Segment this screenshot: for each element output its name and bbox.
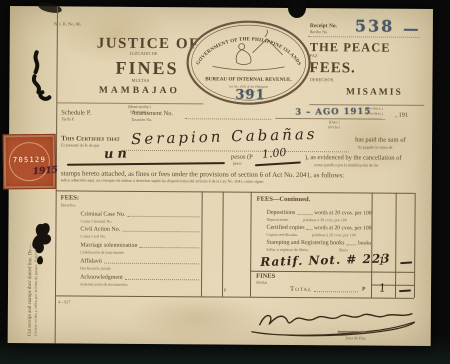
dotted-leader [314,291,358,292]
assessment-line [185,117,271,120]
province-value: MISAMIS [324,87,424,98]
receipt-paper: 705129 1915 Cut receipt and stamps thro'… [8,6,433,346]
seal-arc-text: GOVERNMENT OF THE PHILIPPINE ISLANDS [196,37,302,67]
signature-label-es: Juez de Paz. [346,335,367,340]
fees-row-acknowledgment: Acknowledgment [80,274,201,281]
amount-figures-stroke [255,161,301,165]
fees-row-stamping: Stamping and Registering booksbooks [266,240,371,247]
dotted-leader [104,263,199,265]
dotted-leader [139,247,199,248]
fees-header: FEES: [61,194,79,201]
payer-name-line [121,149,349,153]
dotted-leader [127,216,199,218]
fees-row-label: Depositions [267,210,296,216]
fees-row-label: Criminal Case No. [81,211,126,217]
evidenced-label-es: como justifica por la inutilización de l… [314,163,378,168]
pesos-label-es: pesos [233,162,242,167]
total-row: Total [290,285,360,293]
dotted-leader [297,214,312,215]
payer-name: Serapion Cabañas [131,125,318,148]
dotted-leader [122,231,199,233]
table-divider-rule [250,192,252,297]
fees-peso-mark: P [224,288,227,293]
seal-bureau-text: BUREAU OF INTERNAL REVENUE. [205,76,292,83]
total-pesos: 1 [378,281,387,295]
table-top-rule [56,190,415,194]
receipt-no-label-es: Recibo No. [310,30,328,35]
receipt-number-dash [404,29,418,31]
photo-background: 705129 1915 Cut receipt and stamps thro'… [0,0,450,364]
fees-row-es: Copias certificadas. [266,232,298,237]
title-juzgado-de: JUZGADO DE [130,52,158,57]
title-fees: FEES. [310,60,356,77]
title-fines: FINES [115,58,178,79]
fees-row-es: Deposiciones. [266,217,289,222]
ink-scribble [22,48,54,110]
revenue-stamp-serial: 705129 [4,155,55,165]
fees-header-es: Derechos [61,202,76,207]
amount-words: un [104,146,131,162]
stamped-number: 391 [235,88,265,103]
title-multas: MULTAS [131,79,149,84]
handwritten-entry-pesos: 1 [378,255,385,268]
total-centavos-stroke [399,289,411,291]
fees-row-marriage-es: Celebración de matrimonio [80,249,124,254]
fees-row-rate: books [358,240,371,246]
fees-row-rate: words at 20 cvos. per 100 [314,210,372,216]
fees-row-stamping-es: Sellar y registrar de libros.libros [266,247,348,253]
print-code: 4—927 [58,299,71,304]
date-stamp: 3 – AGO 1915 [295,107,371,118]
total-currency: P [362,286,365,292]
handwritten-entry-centavos-stroke [400,261,412,263]
signature-label: Justice of the Peace. [338,329,372,334]
amount-figures: 1.00 [261,146,287,161]
fees-row-certified-copies-es: Copias certificadas.palabras á 20 cvos. … [266,232,355,238]
edge-smudge [37,1,62,15]
schedule-label-es: Tarifa P. [61,117,74,122]
fines-label-es: Multas [256,280,267,285]
fees-row-label: Marriage solemnization [80,242,137,248]
amount-words-stroke [67,162,225,165]
total-label: Total [290,285,312,293]
fees-row-civil: Civil Action No. [80,226,201,233]
municipality-value: MAMBAJAO [79,85,199,96]
fees-row-marriage: Marriage solemnization [80,242,201,249]
fees-row-affidavit-es: Declaración jurada [80,265,110,270]
fees-row-label: Affidavit [80,258,102,264]
fees-row-rate-es: palabras á 20 cvos. por 100 [312,232,356,237]
dotted-leader [347,244,356,245]
seal-vignette-icon [213,29,285,70]
fees-row-label: Acknowledgment [80,274,123,280]
ink-blot [28,218,56,270]
dotted-leader [307,229,312,230]
left-money-rule-2 [222,191,224,296]
assessment-label-es: Tasación No. [131,118,152,123]
paid-sum-label: has paid the sum of [355,136,406,143]
fees-continued-header: FEES—Continued. [257,196,311,203]
fees-row-criminal: Criminal Case No. [81,211,202,218]
title-derechos: DERECHOS. [309,78,334,83]
title-the-peace: THE PEACE [310,40,391,56]
total-money-rule [371,285,414,286]
fees-row-depositions-es: Deposiciones.palabras á 20 cvos. por 100 [266,217,346,223]
fees-row-certified-copies: Certified copieswords at 20 cvos. per 10… [266,225,371,232]
fees-row-es: Sellar y registrar de libros. [266,247,309,252]
certifies-label-es: El presente da fe de que [61,143,99,148]
fees-row-rate-es: palabras á 20 cvos. por 100 [303,217,347,222]
table-bottom-rule [55,295,414,299]
svg-text:GOVERNMENT OF THE PHILIPPINE I: GOVERNMENT OF THE PHILIPPINE ISLANDS [196,37,302,67]
fees-row-depositions: Depositionswords at 20 cvos. per 100 [267,210,372,217]
receipt-no-line [308,35,420,38]
fees-row-label: Civil Action No. [80,226,120,232]
table-right-rule [414,193,416,298]
fees-row-affidavit: Affidavit [80,258,201,265]
fees-row-label: Certified copies [266,225,304,231]
fees-row-label: Stamping and Registering books [266,240,344,247]
signature [246,305,424,346]
form-number: B. I. R. No. 86. [54,21,82,26]
receipt-number: 538 [355,16,395,35]
title-paz: PAZ [310,54,318,59]
fees-row-civil-es: Causa Civil No. [80,233,106,238]
evidenced-label: ), as evidenced by the cancellation of [305,154,402,162]
paid-sum-label-es: ha pagado la suma de [358,145,392,150]
year-printed: , 191 [395,112,408,119]
dotted-leader [125,279,199,281]
fees-row-acknowledgment-es: Autenticación de documentos [80,281,128,286]
fees-row-rate: words at 20 cvos. per 100 [314,225,372,231]
punched-notch [288,0,306,18]
right-money-rule-2 [395,193,397,298]
fees-row-criminal-es: Causa Criminal No. [80,218,112,223]
